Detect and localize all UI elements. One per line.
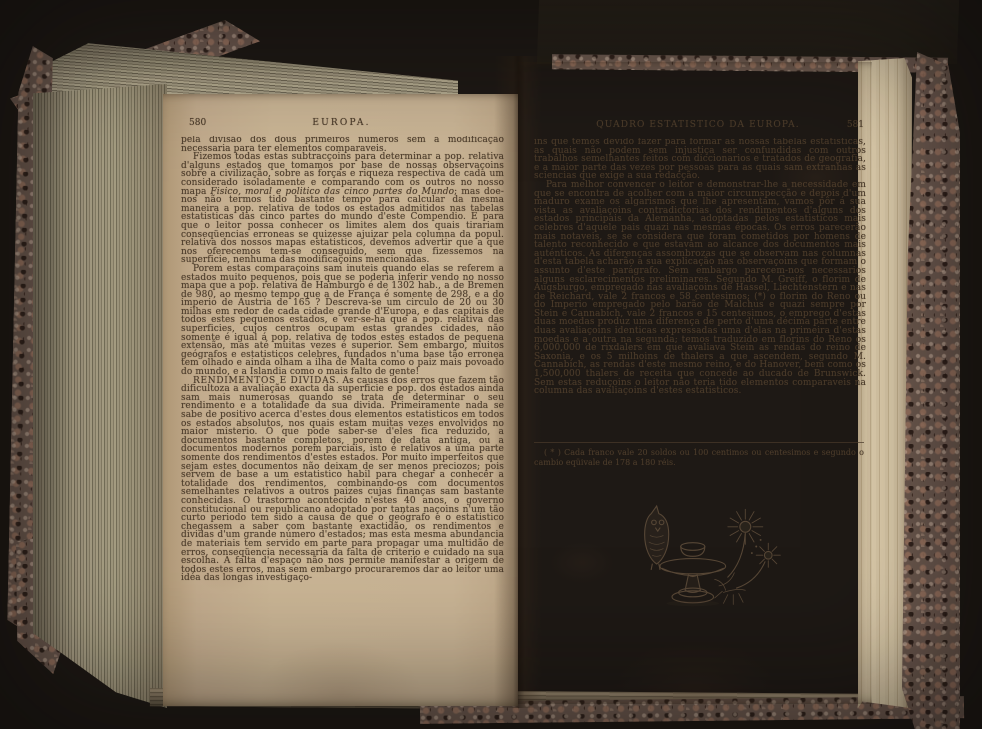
running-title-left: EUROPA.: [241, 118, 442, 128]
running-head-right: QUADRO ESTATISTICO DA EUROPA. 581: [532, 120, 864, 130]
running-title-right: QUADRO ESTATISTICO DA EUROPA.: [572, 120, 824, 130]
footnote-rule: [534, 442, 864, 443]
footnote: ( * ) Cada franco vale 20 soldos ou 100 …: [534, 448, 864, 467]
photographed-book-spread: 580 EUROPA. pela divisão dos dous primei…: [0, 0, 982, 729]
page-number-right: 581: [824, 120, 864, 130]
page-body-left: pela divisão dos dous primeiros números …: [181, 136, 504, 692]
running-head-left: 580 EUROPA.: [189, 118, 494, 128]
page-right: QUADRO ESTATISTICO DA EUROPA. 581 ins qu…: [518, 62, 872, 704]
page-block-fore-edge-left: [33, 84, 167, 708]
page-number-left: 580: [189, 118, 241, 128]
page-left: 580 EUROPA. pela divisão dos dous primei…: [163, 94, 518, 706]
owl-inkstand-vignette-illustration: [614, 498, 800, 630]
page-body-right: ins que temos devido fazer para formar a…: [534, 138, 866, 430]
